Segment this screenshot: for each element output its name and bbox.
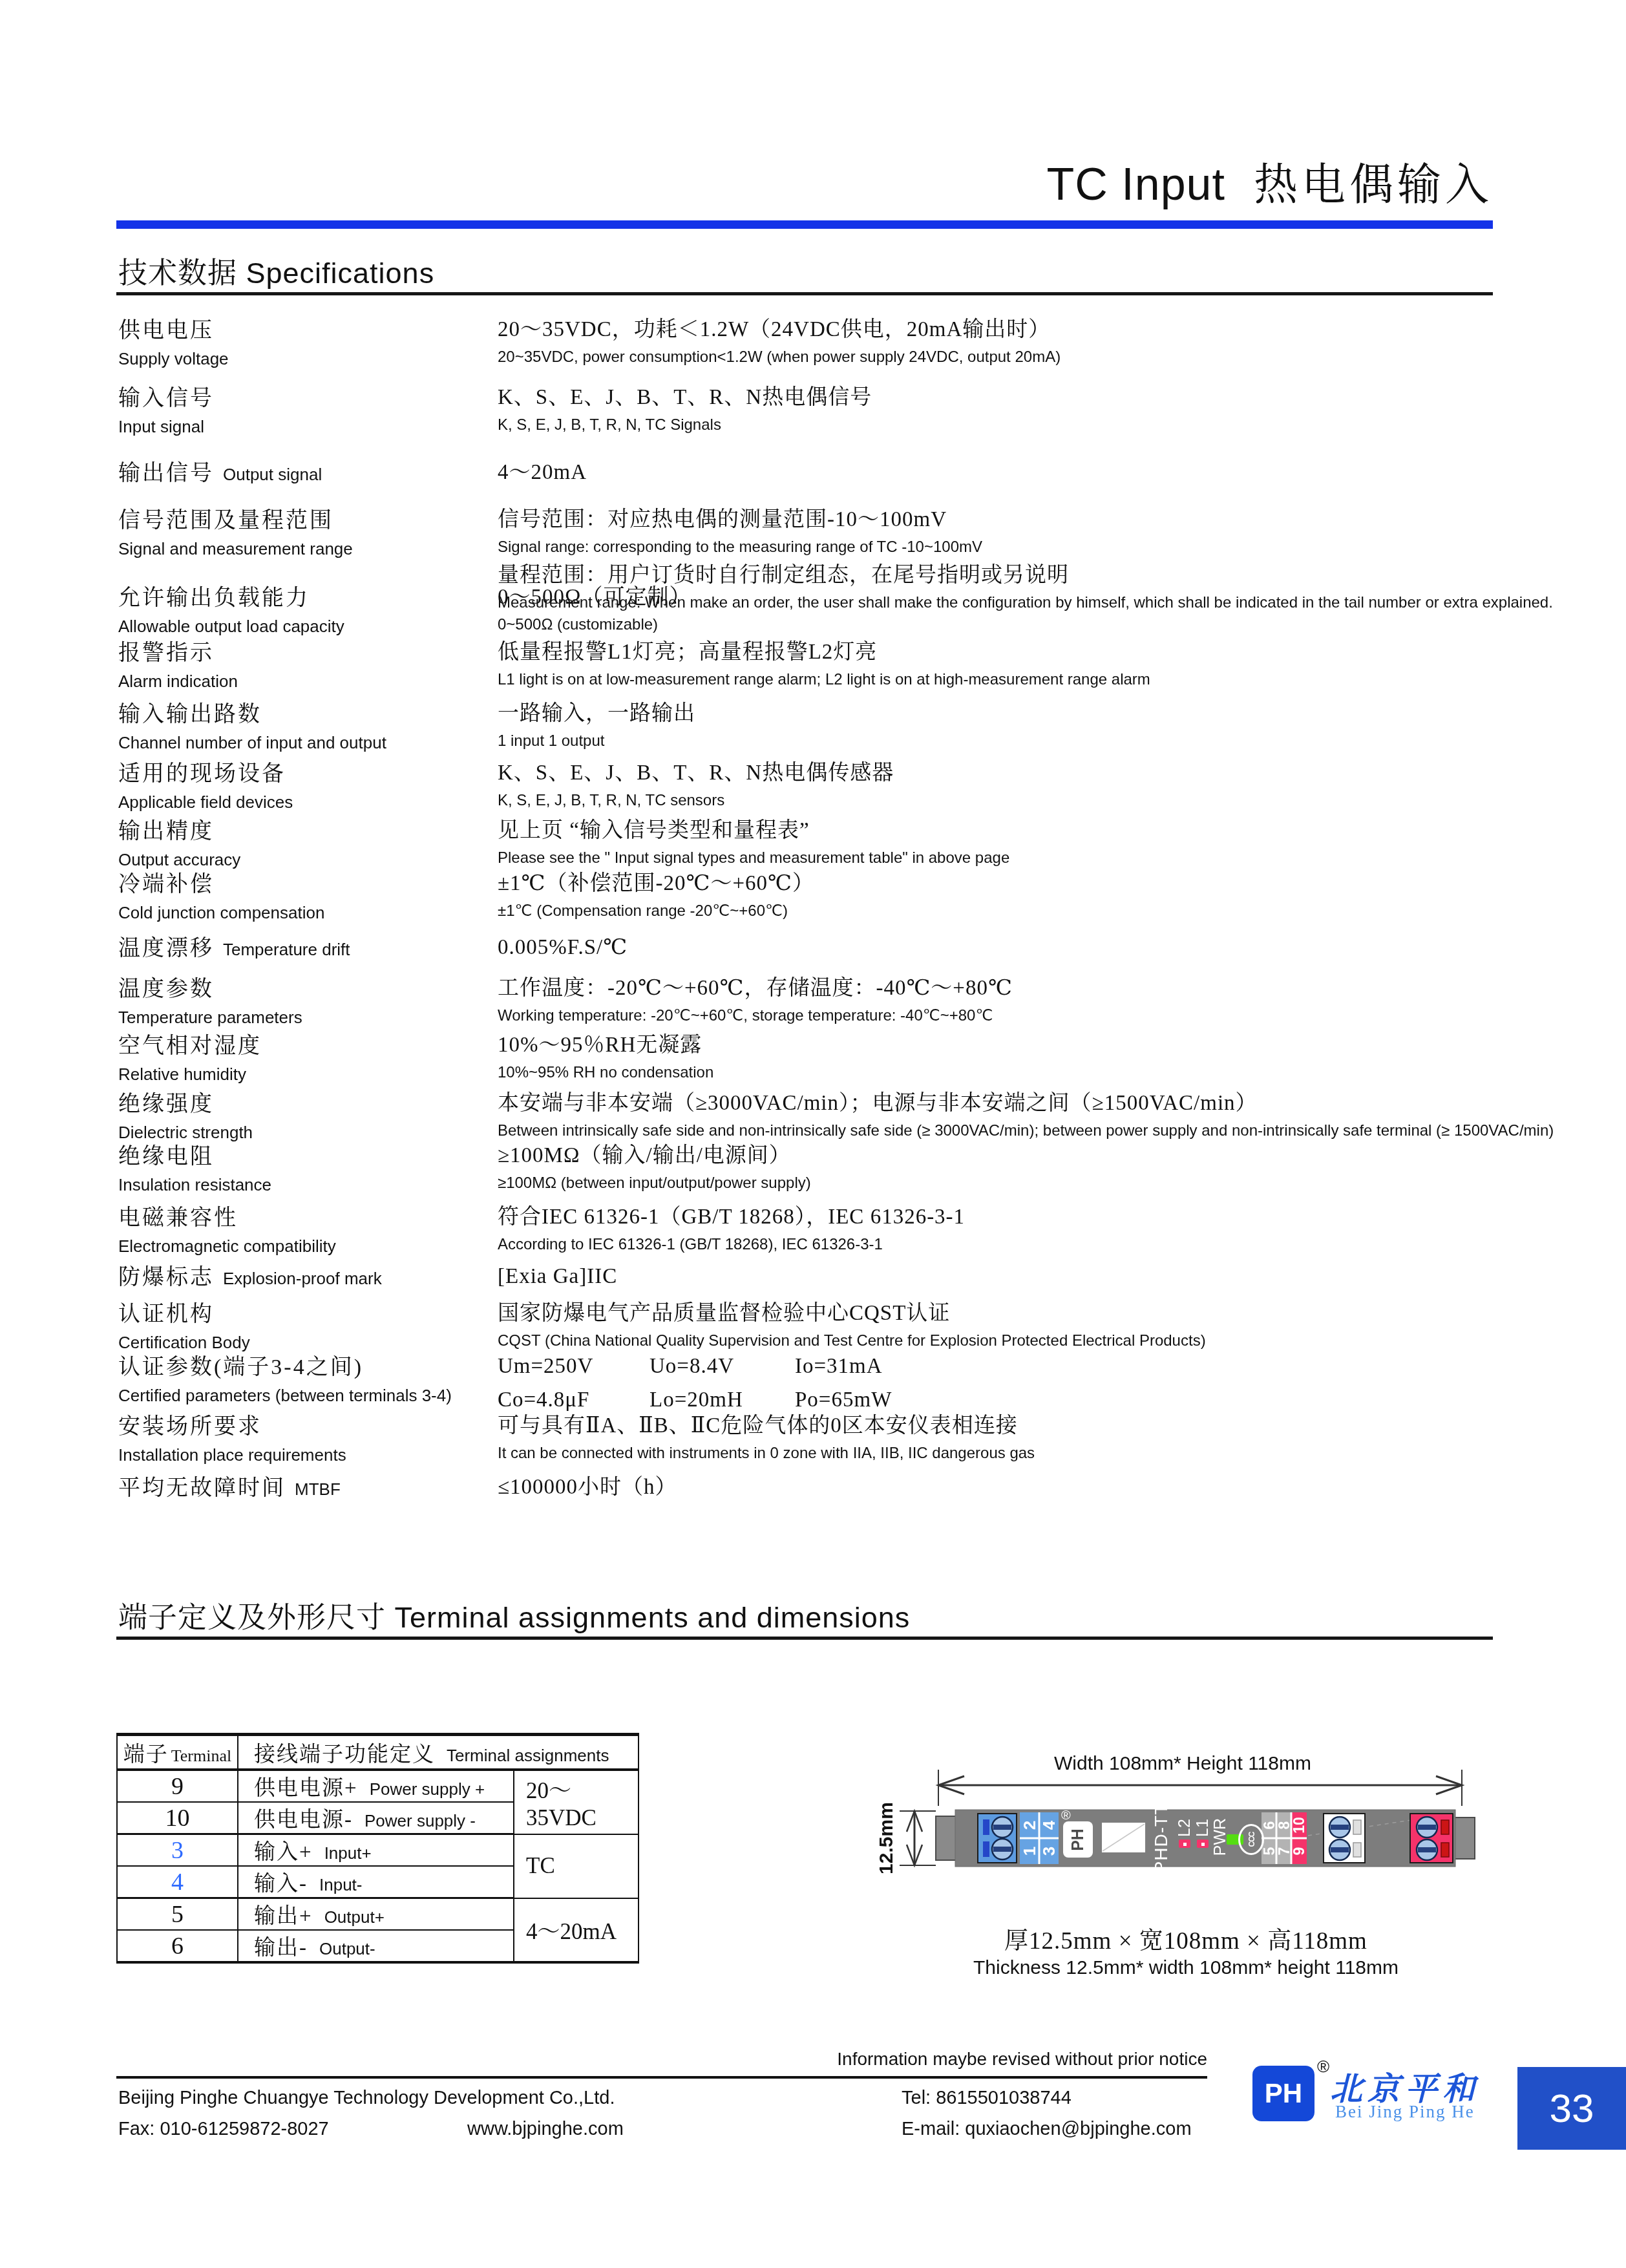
spec-value-line: 工作温度：-20℃～+60℃，存储温度：-40℃～+80℃ xyxy=(498,974,1512,1002)
spec-label-en: Temperature drift xyxy=(223,940,350,959)
spec-value: 工作温度：-20℃～+60℃，存储温度：-40℃～+80℃Working tem… xyxy=(498,974,1512,1030)
spec-value: K、S、E、J、B、T、R、N热电偶传感器K, S, E, J, B, T, R… xyxy=(498,759,1512,814)
screw-slot xyxy=(1331,1825,1349,1830)
terminal-function-cell: 输出-Output- xyxy=(238,1930,514,1962)
device-dimensions-zh: 厚12.5mm × 宽108mm × 高118mm xyxy=(921,1921,1451,1956)
terminal-function-cell: 输入+Input+ xyxy=(238,1834,514,1867)
spec-label-zh: 空气相对湿度 xyxy=(118,1033,490,1059)
spec-value: 0～500Ω（可定制）0~500Ω (customizable) xyxy=(498,583,1512,639)
spec-value: ≥100MΩ（输入/输出/电源间）≥100MΩ (between input/o… xyxy=(498,1141,1512,1197)
spec-value-line: 20～35VDC，功耗＜1.2W（24VDC供电，20mA输出时） xyxy=(498,315,1512,344)
spec-value-line: 4～20mA xyxy=(498,458,1512,487)
spec-label-zh: 输入输出路数 xyxy=(118,702,490,728)
spec-value: ±1℃（补偿范围-20℃～+60℃）±1℃ (Compensation rang… xyxy=(498,869,1512,925)
spec-label-en: Output signal xyxy=(223,465,322,484)
spec-value-line: 国家防爆电气产品质量监督检验中心CQST认证 xyxy=(498,1299,1512,1328)
spec-label-en: Supply voltage xyxy=(118,349,490,368)
spec-value-line: Between intrinsically safe side and non-… xyxy=(498,1118,1512,1145)
led-dot xyxy=(1201,1843,1205,1846)
spec-label-zh: 输出精度 xyxy=(118,819,490,845)
spec-value-line: ≥100MΩ (between input/output/power suppl… xyxy=(498,1170,1512,1197)
spec-label: 允许输出负载能力Allowable output load capacity xyxy=(118,586,490,636)
screw-slot xyxy=(993,1825,1011,1830)
terminal-plate-number: 2 xyxy=(1020,1821,1040,1830)
spec-value-line: CQST (China National Quality Supervision… xyxy=(498,1328,1512,1355)
spec-value-line: It can be connected with instruments in … xyxy=(498,1440,1512,1467)
spec-label: 安装场所要求Installation place requirements xyxy=(118,1414,490,1465)
spec-label-en: Installation place requirements xyxy=(118,1445,490,1465)
spec-value-line: K, S, E, J, B, T, R, N, TC sensors xyxy=(498,787,1512,814)
terminal-function-zh: 供电电源- xyxy=(254,1808,353,1832)
device-led-label-l1: L1 xyxy=(1194,1819,1212,1837)
spec-label: 输入输出路数Channel number of input and output xyxy=(118,702,490,752)
spec-label: 防爆标志Explosion-proof mark xyxy=(118,1265,519,1291)
spec-value-line: ±1℃（补偿范围-20℃～+60℃） xyxy=(498,869,1512,898)
spec-value-line: 一路输入，一路输出 xyxy=(498,699,1512,728)
terminal-header-cell: 端子Terminal xyxy=(117,1735,238,1770)
spec-value-line: L1 light is on at low-measurement range … xyxy=(498,666,1512,694)
spec-value: 0.005%F.S/℃ xyxy=(498,933,1512,962)
footer-website: www.bjpinghe.com xyxy=(467,2119,624,2140)
terminal-function-cell: 供电电源-Power supply - xyxy=(238,1802,514,1834)
spec-label-en: Temperature parameters xyxy=(118,1008,490,1027)
spec-value-line: [Exia Ga]IIC xyxy=(498,1262,1512,1291)
spec-label-zh: 电磁兼容性 xyxy=(118,1205,490,1231)
spec-label-en: Signal and measurement range xyxy=(118,539,490,558)
spec-label-en: MTBF xyxy=(295,1479,341,1499)
red-slot-2 xyxy=(1441,1843,1449,1857)
spec-value-cell: Io=31mA xyxy=(795,1352,883,1381)
led-l1 xyxy=(1197,1839,1209,1848)
spec-label: 报警指示Alarm indication xyxy=(118,641,490,691)
spec-value-cell: Co=4.8μF xyxy=(498,1386,649,1414)
spec-label-zh: 允许输出负载能力 xyxy=(118,586,490,611)
terminal-header-zh: 端子 xyxy=(123,1743,169,1766)
blue-slot-1 xyxy=(983,1819,989,1835)
spec-label: 输入信号Input signal xyxy=(118,386,490,436)
spec-value-cell: Uo=8.4V xyxy=(649,1352,795,1381)
terminal-function-zh: 输入- xyxy=(254,1872,308,1896)
spec-label: 绝缘电阻Insulation resistance xyxy=(118,1144,490,1194)
terminal-function-en: Output- xyxy=(319,1939,375,1958)
terminal-function-en: Output+ xyxy=(324,1907,385,1927)
revision-notice: Information maybe revised without prior … xyxy=(116,2049,1207,2070)
terminal-number-cell: 9 xyxy=(117,1770,238,1802)
device-ph-logo-text: PH xyxy=(1068,1828,1087,1851)
spec-label-zh: 安装场所要求 xyxy=(118,1414,490,1440)
spec-label-en: Channel number of input and output xyxy=(118,733,490,752)
spec-label: 冷端补偿Cold junction compensation xyxy=(118,872,490,922)
spec-value-line: K、S、E、J、B、T、R、N热电偶传感器 xyxy=(498,759,1512,787)
spec-label: 电磁兼容性Electromagnetic compatibility xyxy=(118,1205,490,1256)
device-ph-logo: PH xyxy=(1063,1821,1093,1858)
spec-label-zh: 信号范围及量程范围 xyxy=(118,508,490,534)
spec-label-zh: 报警指示 xyxy=(118,641,490,666)
spec-value: ≤100000小时（h） xyxy=(498,1473,1512,1501)
company-logo: PH xyxy=(1252,2066,1315,2121)
spec-label-en: Explosion-proof mark xyxy=(223,1269,382,1288)
blue-slot-2 xyxy=(983,1841,989,1857)
terminal-heading-rule xyxy=(116,1637,1493,1640)
footer-company: Beijing Pinghe Chuangye Technology Devel… xyxy=(118,2088,615,2109)
page-number: 33 xyxy=(1550,2086,1594,2132)
terminal-plate-number: 1 xyxy=(1020,1847,1040,1856)
footer-email: E-mail: quxiaochen@bjpinghe.com xyxy=(902,2119,1192,2140)
spec-value-line: Working temperature: -20℃~+60℃, storage … xyxy=(498,1002,1512,1030)
spec-label: 温度漂移Temperature drift xyxy=(118,936,519,962)
spec-label-en: Insulation resistance xyxy=(118,1175,490,1194)
footer-tel: Tel: 8615501038744 xyxy=(902,2088,1072,2109)
spec-label: 信号范围及量程范围Signal and measurement range xyxy=(118,508,490,558)
spec-label-zh: 认证参数(端子3-4之间) xyxy=(118,1355,490,1381)
spec-label: 供电电压Supply voltage xyxy=(118,318,490,368)
page-title-zh: 热电偶输入 xyxy=(1254,150,1493,213)
spec-value: 4～20mA xyxy=(498,458,1512,487)
spec-value-line: 0～500Ω（可定制） xyxy=(498,583,1512,611)
device-width-label: Width 108mm* Height 118mm xyxy=(989,1753,1377,1775)
spec-value-line: 0~500Ω (customizable) xyxy=(498,611,1512,639)
page-title-en: TC Input xyxy=(1047,158,1225,210)
spec-value-line: According to IEC 61326-1 (GB/T 18268), I… xyxy=(498,1231,1512,1258)
spec-label: 适用的现场设备Applicable field devices xyxy=(118,761,490,812)
assignments-header-cell: 接线端子功能定义Terminal assignments xyxy=(238,1735,639,1770)
terminal-plate-number: 9 xyxy=(1291,1847,1308,1856)
terminal-group-value-cell: 4～20mA xyxy=(514,1898,639,1963)
terminal-group-value-cell: TC xyxy=(514,1834,639,1898)
terminal-function-en: Input+ xyxy=(324,1843,372,1863)
terminal-function-zh: 输出- xyxy=(254,1936,308,1960)
spec-label-zh: 供电电压 xyxy=(118,318,490,344)
title-accent-bar xyxy=(116,220,1493,229)
device-dimensions-en: Thickness 12.5mm* width 108mm* height 11… xyxy=(921,1957,1451,1979)
spec-value: Um=250VUo=8.4VIo=31mACo=4.8μFLo=20mHPo=6… xyxy=(498,1352,1512,1414)
spec-label: 认证参数(端子3-4之间)Certified parameters (betwe… xyxy=(118,1355,490,1405)
white-slot-2 xyxy=(1353,1843,1361,1857)
specs-heading-rule xyxy=(116,292,1493,295)
spec-label-en: Electromagnetic compatibility xyxy=(118,1236,490,1256)
spec-label-en: Alarm indication xyxy=(118,672,490,691)
spec-value-cell: Lo=20mH xyxy=(649,1386,795,1414)
spec-value-line: 信号范围：对应热电偶的测量范围-10～100mV xyxy=(498,505,1512,534)
spec-label-en: Dielectric strength xyxy=(118,1123,490,1142)
spec-value: 符合IEC 61326-1（GB/T 18268），IEC 61326-3-1A… xyxy=(498,1203,1512,1258)
terminal-function-en: Input- xyxy=(319,1875,363,1894)
spec-label-en: Allowable output load capacity xyxy=(118,617,490,636)
spec-label-zh: 绝缘电阻 xyxy=(118,1144,490,1170)
spec-value-line: 0.005%F.S/℃ xyxy=(498,933,1512,962)
spec-label-zh: 温度参数 xyxy=(118,977,490,1002)
terminal-heading: 端子定义及外形尺寸 Terminal assignments and dimen… xyxy=(118,1594,910,1636)
spec-label: 输出精度Output accuracy xyxy=(118,819,490,869)
device-thickness-label: 12.5mm xyxy=(876,1802,898,1874)
device-led-label-l2: L2 xyxy=(1176,1819,1194,1837)
screw-slot xyxy=(1418,1847,1436,1852)
spec-value-line: ±1℃ (Compensation range -20℃~+60℃) xyxy=(498,898,1512,925)
spec-value-line: 低量程报警L1灯亮；高量程报警L2灯亮 xyxy=(498,638,1512,666)
spec-label-zh: 输入信号 xyxy=(118,386,490,412)
spec-label: 认证机构Certification Body xyxy=(118,1302,490,1352)
spec-label: 温度参数Temperature parameters xyxy=(118,977,490,1027)
spec-value-line: Co=4.8μFLo=20mHPo=65mW xyxy=(498,1386,1512,1414)
spec-label: 平均无故障时间MTBF xyxy=(118,1476,519,1501)
spec-label-zh: 输出信号 xyxy=(118,461,214,487)
spec-value-line: Please see the " Input signal types and … xyxy=(498,845,1512,872)
assignments-header-en: Terminal assignments xyxy=(447,1746,609,1765)
spec-value-line: 本安端与非本安端（≥3000VAC/min）；电源与非本安端之间（≥1500VA… xyxy=(498,1089,1512,1118)
led-l2 xyxy=(1179,1839,1190,1848)
spec-value-cell: Po=65mW xyxy=(795,1386,892,1414)
specs-heading: 技术数据 Specifications xyxy=(118,249,434,291)
ccc-certification-text: CCC xyxy=(1247,1832,1256,1847)
spec-value-line: 10%~95% RH no condensation xyxy=(498,1059,1512,1086)
device-model-label: PHD-TT xyxy=(1151,1803,1172,1874)
spec-label-en: Certified parameters (between terminals … xyxy=(118,1386,490,1405)
assignments-header-zh: 接线端子功能定义 xyxy=(254,1743,435,1766)
footer-fax: Fax: 010-61259872-8027 xyxy=(118,2119,329,2140)
spec-value-line: 20~35VDC, power consumption<1.2W (when p… xyxy=(498,344,1512,371)
spec-value: 低量程报警L1灯亮；高量程报警L2灯亮L1 light is on at low… xyxy=(498,638,1512,694)
spec-label-en: Applicable field devices xyxy=(118,792,490,812)
spec-value: 20～35VDC，功耗＜1.2W（24VDC供电，20mA输出时）20~35VD… xyxy=(498,315,1512,371)
spec-value: 见上页 “输入信号类型和量程表”Please see the " Input s… xyxy=(498,816,1512,872)
terminal-function-en: Power supply + xyxy=(370,1779,485,1799)
spec-label-en: Output accuracy xyxy=(118,850,490,869)
terminal-plate-number: 3 xyxy=(1039,1847,1059,1856)
spec-value: [Exia Ga]IIC xyxy=(498,1262,1512,1291)
terminal-table: 端子Terminal接线端子功能定义Terminal assignments9供… xyxy=(116,1733,639,1964)
terminal-function-zh: 输出+ xyxy=(254,1905,313,1928)
terminal-function-en: Power supply - xyxy=(364,1811,476,1830)
spec-label-en: Relative humidity xyxy=(118,1065,490,1084)
spec-value-line: 可与具有ⅡA、ⅡB、ⅡC危险气体的0区本安仪表相连接 xyxy=(498,1412,1512,1440)
terminal-number-cell: 6 xyxy=(117,1930,238,1962)
terminal-function-zh: 输入+ xyxy=(254,1841,313,1864)
terminal-table-header-row: 端子Terminal接线端子功能定义Terminal assignments xyxy=(117,1735,639,1770)
screw-slot xyxy=(993,1847,1011,1852)
spec-label-zh: 冷端补偿 xyxy=(118,872,490,898)
spec-label-zh: 防爆标志 xyxy=(118,1265,214,1291)
terminal-function-cell: 输出+Output+ xyxy=(238,1898,514,1931)
spec-label-en: Cold junction compensation xyxy=(118,903,490,922)
spec-value-line: 符合IEC 61326-1（GB/T 18268），IEC 61326-3-1 xyxy=(498,1203,1512,1231)
spec-label-zh: 平均无故障时间 xyxy=(118,1476,286,1501)
spec-label: 空气相对湿度Relative humidity xyxy=(118,1033,490,1084)
spec-label-en: Certification Body xyxy=(118,1333,490,1352)
table-row: 9供电电源+Power supply +20～35VDC xyxy=(117,1770,639,1802)
logo-company-pinyin: Bei Jing Ping He xyxy=(1335,2102,1475,2122)
spec-value-line: K, S, E, J, B, T, R, N, TC Signals xyxy=(498,412,1512,439)
spec-value-line: Um=250VUo=8.4VIo=31mA xyxy=(498,1352,1512,1381)
terminal-function-cell: 供电电源+Power supply + xyxy=(238,1770,514,1802)
spec-value-cell: Um=250V xyxy=(498,1352,649,1381)
spec-value: 国家防爆电气产品质量监督检验中心CQST认证CQST (China Nation… xyxy=(498,1299,1512,1355)
terminal-header-en: Terminal xyxy=(171,1746,231,1765)
white-slot-1 xyxy=(1353,1820,1361,1834)
spec-value-line: K、S、E、J、B、T、R、N热电偶信号 xyxy=(498,383,1512,412)
red-slot-1 xyxy=(1441,1820,1449,1834)
table-row: 3输入+Input+TC xyxy=(117,1834,639,1867)
datasheet-page: TC Input 热电偶输入 技术数据 Specifications 供电电压S… xyxy=(0,0,1626,2268)
terminal-number-cell: 4 xyxy=(117,1866,238,1898)
logo-registered-mark: ® xyxy=(1317,2057,1329,2077)
spec-label-zh: 温度漂移 xyxy=(118,936,214,962)
terminal-number-cell: 10 xyxy=(117,1802,238,1834)
spec-label-zh: 绝缘强度 xyxy=(118,1092,490,1118)
terminal-number-cell: 3 xyxy=(117,1834,238,1867)
spec-value: 可与具有ⅡA、ⅡB、ⅡC危险气体的0区本安仪表相连接It can be conn… xyxy=(498,1412,1512,1467)
terminal-plate-number: 4 xyxy=(1039,1821,1059,1830)
terminal-function-cell: 输入-Input- xyxy=(238,1866,514,1898)
spec-label: 输出信号Output signal xyxy=(118,461,519,487)
screw-slot xyxy=(1331,1847,1349,1852)
terminal-group-value-cell: 20～35VDC xyxy=(514,1770,639,1834)
spec-value-line: 10%～95％RH无凝露 xyxy=(498,1031,1512,1059)
page-title: TC Input 热电偶输入 xyxy=(1047,150,1493,213)
terminal-function-zh: 供电电源+ xyxy=(254,1777,358,1800)
spec-label-en: Input signal xyxy=(118,417,490,436)
spec-value-line: ≥100MΩ（输入/输出/电源间） xyxy=(498,1141,1512,1170)
footer-rule xyxy=(116,2076,1207,2079)
spec-label-zh: 适用的现场设备 xyxy=(118,761,490,787)
spec-label: 绝缘强度Dielectric strength xyxy=(118,1092,490,1142)
spec-value: 一路输入，一路输出1 input 1 output xyxy=(498,699,1512,755)
spec-value-line: 见上页 “输入信号类型和量程表” xyxy=(498,816,1512,845)
spec-value: K、S、E、J、B、T、R、N热电偶信号K, S, E, J, B, T, R,… xyxy=(498,383,1512,439)
table-row: 5输出+Output+4～20mA xyxy=(117,1898,639,1931)
led-dot xyxy=(1183,1843,1187,1846)
terminal-plate-number: 10 xyxy=(1291,1817,1308,1834)
spec-value-line: 1 input 1 output xyxy=(498,728,1512,755)
spec-value: 10%～95％RH无凝露10%~95% RH no condensation xyxy=(498,1031,1512,1086)
spec-label-zh: 认证机构 xyxy=(118,1302,490,1328)
company-logo-monogram: PH xyxy=(1265,2078,1302,2109)
terminal-number-cell: 5 xyxy=(117,1898,238,1931)
spec-value: 本安端与非本安端（≥3000VAC/min）；电源与非本安端之间（≥1500VA… xyxy=(498,1089,1512,1145)
spec-value-line: Signal range: corresponding to the measu… xyxy=(498,534,1512,561)
screw-slot xyxy=(1418,1825,1436,1830)
page-number-box: 33 xyxy=(1517,2067,1626,2150)
spec-value-line: ≤100000小时（h） xyxy=(498,1473,1512,1501)
